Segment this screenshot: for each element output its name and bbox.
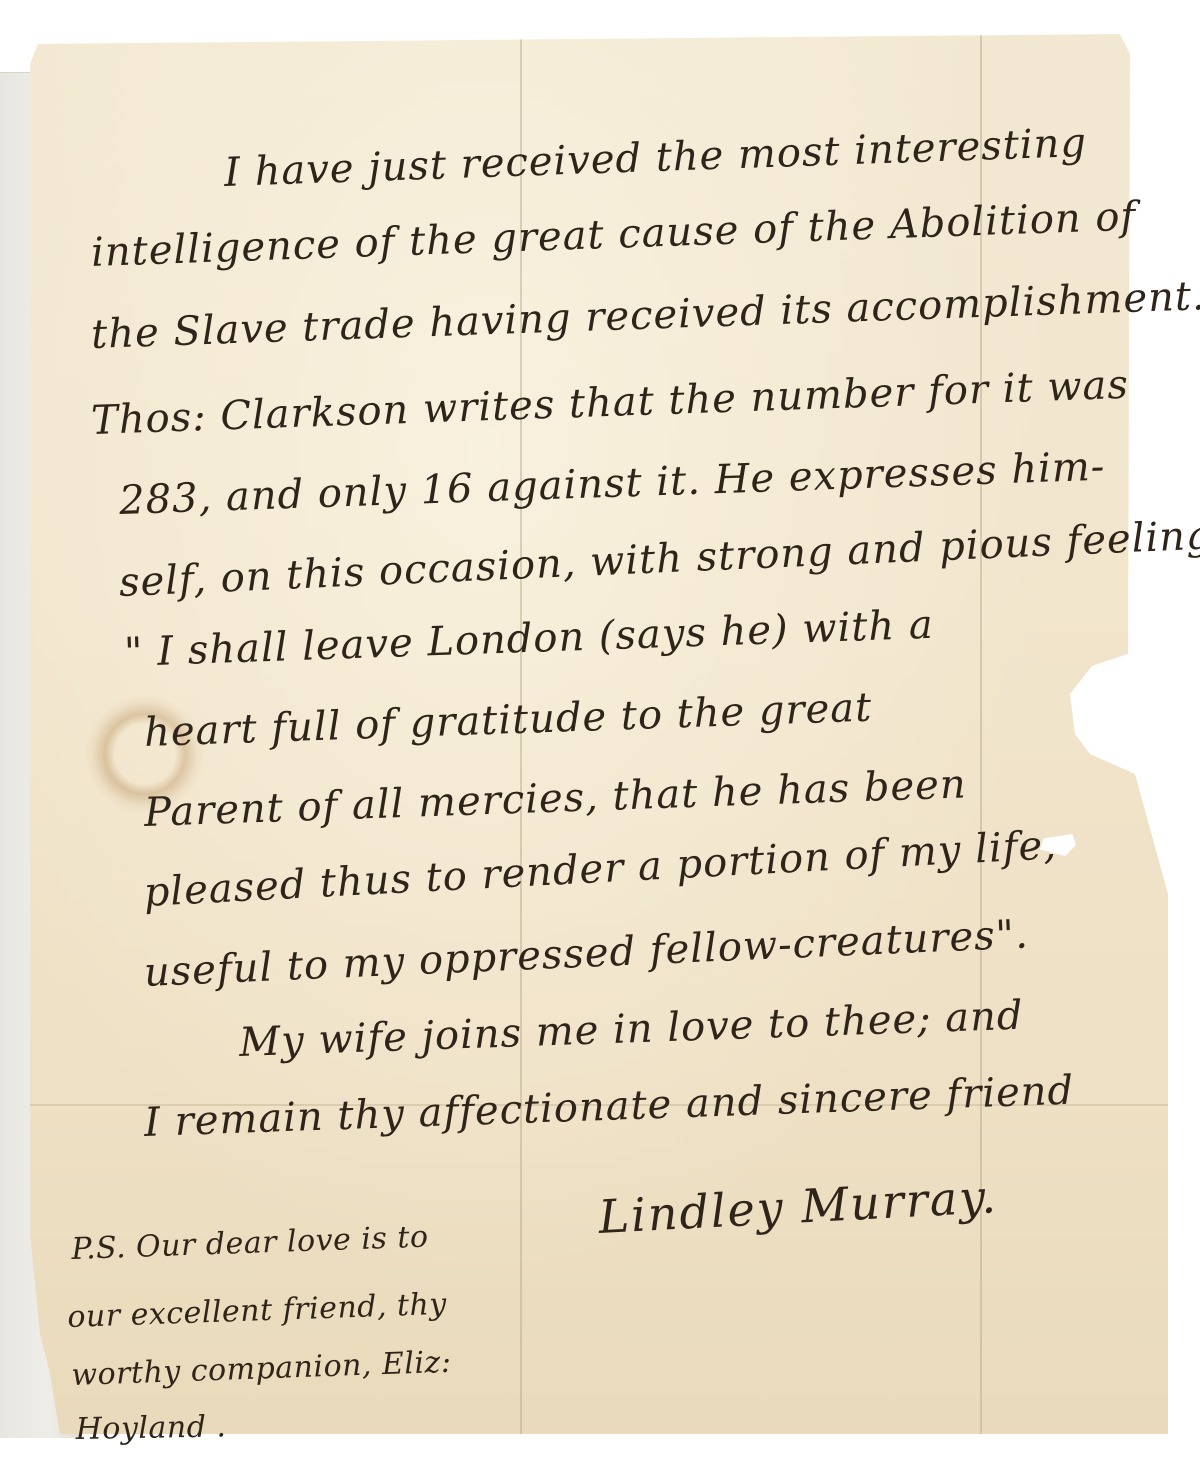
postscript-line: Hoyland .: [75, 1409, 226, 1447]
